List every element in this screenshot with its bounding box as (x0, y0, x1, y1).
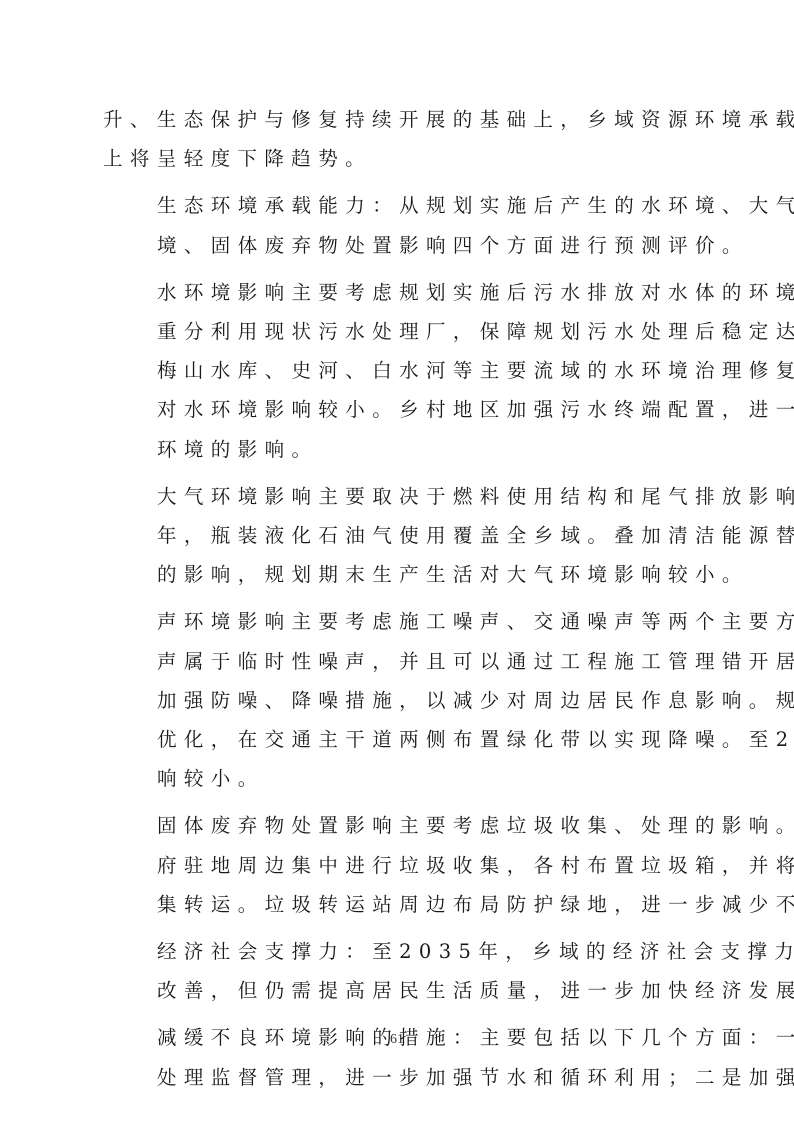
text-line: 优化，在交通主干道两侧布置绿化带以实现降噪。至2035年，声环境影 (103, 720, 701, 759)
text-line: 上将呈轻度下降趋势。 (103, 139, 701, 178)
text-line: 加强防噪、降噪措施，以减少对周边居民作息影响。规划通过用地布局 (103, 681, 701, 720)
text-line: 重分利用现状污水处理厂，保障规划污水处理后稳定达标排放，并进行 (103, 312, 701, 351)
text-line: 梅山水库、史河、白水河等主要流域的水环境治理修复。故规划实施后 (103, 351, 701, 390)
paragraph-air-environment: 大气环境影响主要取决于燃料使用结构和尾气排放影响。至2035 年，瓶装液化石油气… (103, 477, 701, 595)
text-line: 环境的影响。 (103, 430, 701, 469)
paragraph-mitigation-measures: 减缓不良环境影响的措施：主要包括以下几个方面：一是加强污水 处理监督管理，进一步… (103, 1018, 701, 1096)
page-number: 61 (0, 1032, 794, 1048)
paragraph-water-environment: 水环境影响主要考虑规划实施后污水排放对水体的环境影响。规划 重分利用现状污水处理… (103, 273, 701, 469)
text-line: 声属于临时性噪声，并且可以通过工程施工管理错开居民休息时间，并 (103, 642, 701, 681)
paragraph-solid-waste: 固体废弃物处置影响主要考虑垃圾收集、处理的影响。规划在乡政 府驻地周边集中进行垃… (103, 806, 701, 924)
document-body: 升、生态保护与修复持续开展的基础上，乡域资源环境承载力警情总体 上将呈轻度下降趋… (103, 100, 701, 1105)
text-line: 集转运。垃圾转运站周边布局防护绿地，进一步减少不良影响。 (103, 885, 701, 924)
text-line: 府驻地周边集中进行垃圾收集，各村布置垃圾箱，并将垃圾统一进行收 (103, 846, 701, 885)
text-line: 的影响，规划期末生产生活对大气环境影响较小。 (103, 555, 701, 594)
text-line: 固体废弃物处置影响主要考虑垃圾收集、处理的影响。规划在乡政 (103, 806, 701, 845)
text-line: 对水环境影响较小。乡村地区加强污水终端配置，进一步减轻污水对水 (103, 390, 701, 429)
text-line: 经济社会支撑力：至2035年，乡域的经济社会支撑力警情将会明显 (103, 932, 701, 971)
paragraph-acoustic-environment: 声环境影响主要考虑施工噪声、交通噪声等两个主要方面。施工噪 声属于临时性噪声，并… (103, 602, 701, 798)
text-line: 响较小。 (103, 759, 701, 798)
text-line: 升、生态保护与修复持续开展的基础上，乡域资源环境承载力警情总体 (103, 100, 701, 139)
paragraph-socioeconomic-support: 经济社会支撑力：至2035年，乡域的经济社会支撑力警情将会明显 改善，但仍需提高… (103, 932, 701, 1010)
text-line: 改善，但仍需提高居民生活质量，进一步加快经济发展。 (103, 971, 701, 1010)
text-line: 处理监督管理，进一步加强节水和循环利用；二是加强推广清洁能源开 (103, 1058, 701, 1097)
text-line: 年，瓶装液化石油气使用覆盖全乡域。叠加清洁能源替代传统能源带来 (103, 516, 701, 555)
paragraph-ecological-capacity: 生态环境承载能力：从规划实施后产生的水环境、大气环境、声环 境、固体废弃物处置影… (103, 186, 701, 264)
text-line: 生态环境承载能力：从规划实施后产生的水环境、大气环境、声环 (103, 186, 701, 225)
text-line: 声环境影响主要考虑施工噪声、交通噪声等两个主要方面。施工噪 (103, 602, 701, 641)
paragraph-continuation: 升、生态保护与修复持续开展的基础上，乡域资源环境承载力警情总体 上将呈轻度下降趋… (103, 100, 701, 178)
text-line: 水环境影响主要考虑规划实施后污水排放对水体的环境影响。规划 (103, 273, 701, 312)
text-line: 境、固体废弃物处置影响四个方面进行预测评价。 (103, 226, 701, 265)
text-line: 大气环境影响主要取决于燃料使用结构和尾气排放影响。至2035 (103, 477, 701, 516)
